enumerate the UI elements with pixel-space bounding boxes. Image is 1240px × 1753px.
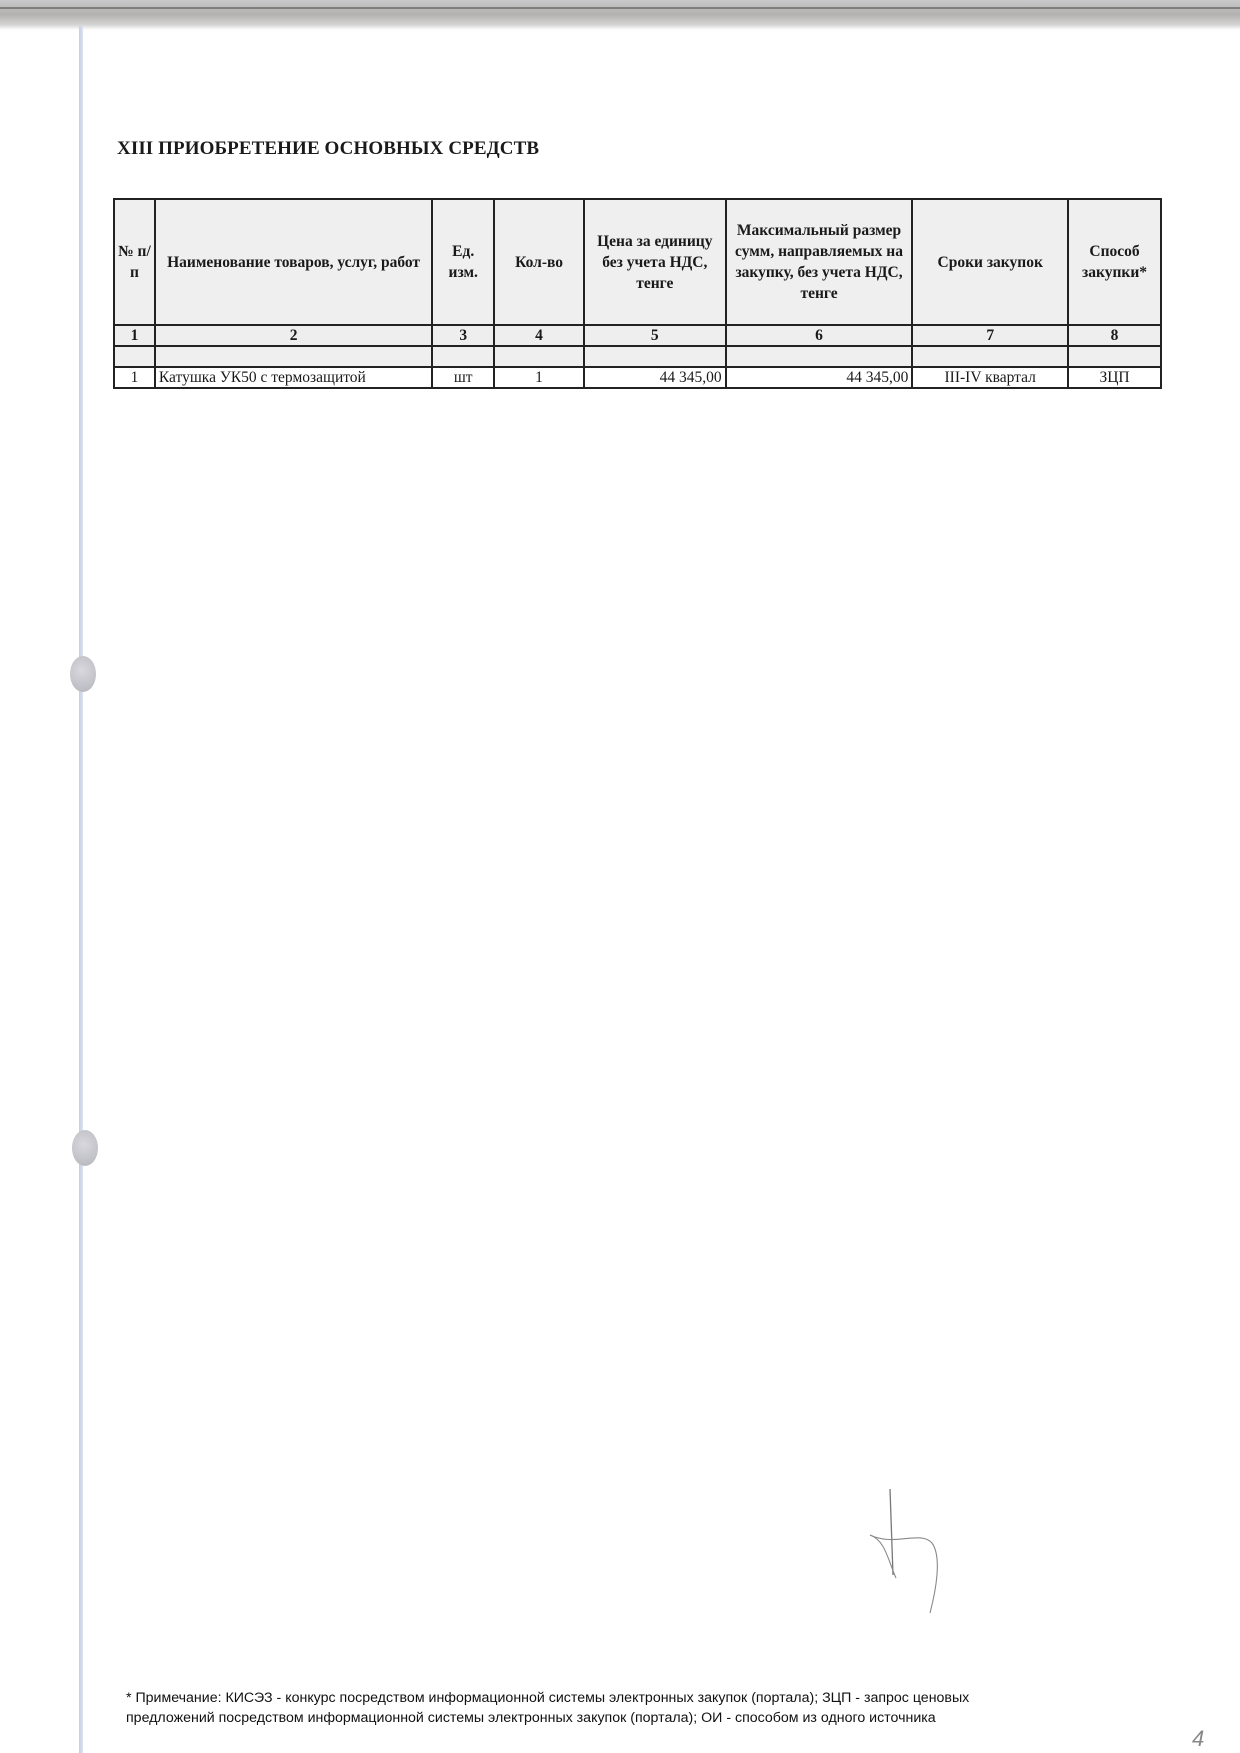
- footnote: * Примечание: КИСЭЗ - конкурс посредство…: [126, 1688, 1106, 1728]
- column-number: 7: [912, 325, 1068, 346]
- scan-shadow: [0, 24, 1240, 30]
- header-max-amount: Максимальный размер сумм, направляемых н…: [726, 199, 913, 325]
- header-period: Сроки закупок: [912, 199, 1068, 325]
- section-title: XIII ПРИОБРЕТЕНИЕ ОСНОВНЫХ СРЕДСТВ: [117, 138, 539, 160]
- binder-margin-line: [79, 26, 83, 1753]
- cell-period: III-IV квартал: [912, 367, 1068, 388]
- column-number: 4: [494, 325, 584, 346]
- column-number: 5: [584, 325, 726, 346]
- cell-unit-price: 44 345,00: [584, 367, 726, 388]
- header-qty: Кол-во: [494, 199, 584, 325]
- scan-top-edge: [0, 0, 1240, 26]
- procurement-table: № п/п Наименование товаров, услуг, работ…: [113, 198, 1162, 389]
- column-number-row: 1 2 3 4 5 6 7 8: [114, 325, 1161, 346]
- header-no: № п/п: [114, 199, 155, 325]
- table-row: 1 Катушка УК50 с термозащитой шт 1 44 34…: [114, 367, 1161, 388]
- signature-mark: [860, 1485, 960, 1615]
- cell-no: 1: [114, 367, 155, 388]
- column-number: 2: [155, 325, 432, 346]
- empty-row: [114, 346, 1161, 367]
- header-name: Наименование товаров, услуг, работ: [155, 199, 432, 325]
- header-unit-price: Цена за единицу без учета НДС, тенге: [584, 199, 726, 325]
- column-number: 3: [432, 325, 494, 346]
- cell-max-amount: 44 345,00: [726, 367, 913, 388]
- footnote-line: предложений посредством информационной с…: [126, 1708, 1106, 1728]
- punch-hole: [70, 656, 96, 692]
- header-method: Способ закупки*: [1068, 199, 1161, 325]
- cell-method: ЗЦП: [1068, 367, 1161, 388]
- cell-name: Катушка УК50 с термозащитой: [155, 367, 432, 388]
- column-number: 1: [114, 325, 155, 346]
- cell-qty: 1: [494, 367, 584, 388]
- table-header-row: № п/п Наименование товаров, услуг, работ…: [114, 199, 1161, 325]
- header-unit: Ед. изм.: [432, 199, 494, 325]
- cell-unit: шт: [432, 367, 494, 388]
- column-number: 8: [1068, 325, 1161, 346]
- footnote-line: * Примечание: КИСЭЗ - конкурс посредство…: [126, 1688, 1106, 1708]
- column-number: 6: [726, 325, 913, 346]
- punch-hole: [72, 1130, 98, 1166]
- page-number: 4: [1192, 1726, 1204, 1752]
